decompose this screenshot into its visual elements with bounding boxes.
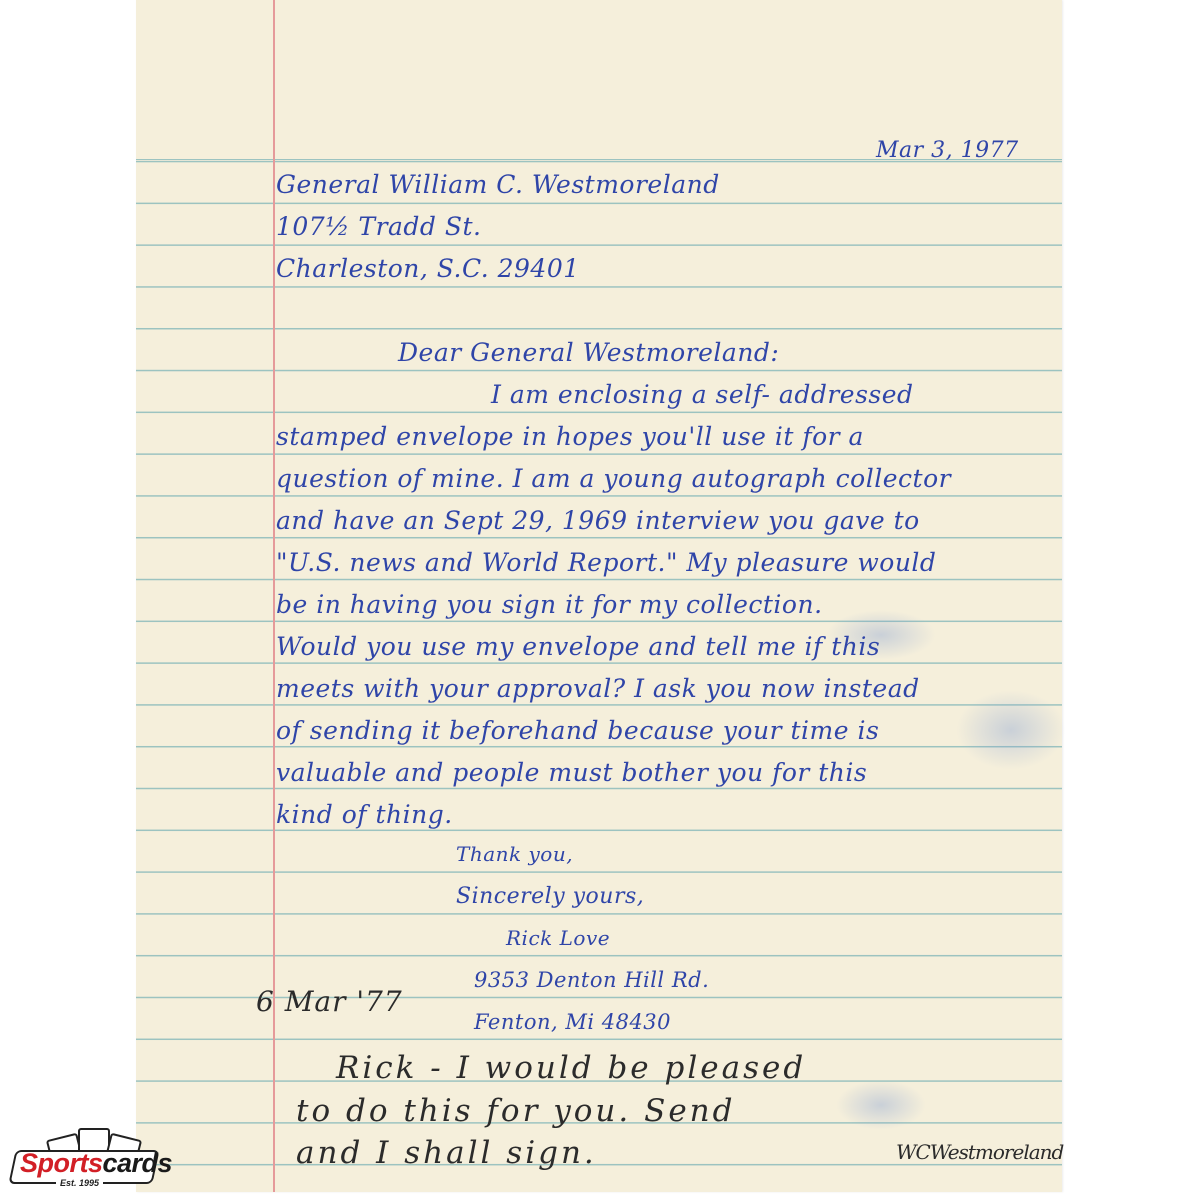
logo-established: Est. 1995 (56, 1178, 103, 1188)
sender-city: Fenton, Mi 48430 (474, 1010, 671, 1034)
body-line: and have an Sept 29, 1969 interview you … (276, 506, 920, 535)
letter-date: Mar 3, 1977 (876, 138, 1019, 163)
reply-date: 6 Mar '77 (256, 985, 403, 1018)
sender-street: 9353 Denton Hill Rd. (474, 968, 709, 992)
recipient-city: Charleston, S.C. 29401 (276, 254, 580, 283)
reply-line: Rick - I would be pleased (336, 1050, 806, 1086)
westmoreland-signature: WCWestmoreland (896, 1140, 1063, 1164)
reply-line: to do this for you. Send (296, 1093, 736, 1129)
body-line: Would you use my envelope and tell me if… (276, 632, 880, 661)
sportscards-logo: Sportscards Est. 1995 (4, 1128, 154, 1190)
closing-thanks: Thank you, (456, 842, 573, 866)
body-line: valuable and people must bother you for … (276, 758, 867, 787)
body-line: be in having you sign it for my collecti… (276, 590, 823, 619)
closing-signoff: Sincerely yours, (456, 884, 644, 909)
salutation: Dear General Westmoreland: (398, 338, 779, 367)
body-line: stamped envelope in hopes you'll use it … (276, 422, 864, 451)
recipient-name: General William C. Westmoreland (276, 170, 720, 199)
body-line: kind of thing. (276, 800, 453, 829)
paper-header-area (136, 0, 1062, 160)
sender-name: Rick Love (506, 926, 610, 950)
logo-wordmark: Sportscards (20, 1148, 172, 1179)
letter-paper: Mar 3, 1977 General William C. Westmorel… (136, 0, 1062, 1192)
body-line: "U.S. news and World Report." My pleasur… (276, 548, 936, 577)
body-line: meets with your approval? I ask you now … (276, 674, 920, 703)
body-line: of sending it beforehand because your ti… (276, 716, 879, 745)
ink-stain (836, 1080, 926, 1130)
recipient-street: 107½ Tradd St. (276, 212, 482, 241)
ink-stain (956, 690, 1066, 770)
reply-line: and I shall sign. (296, 1135, 597, 1171)
body-line: I am enclosing a self- addressed (491, 380, 914, 409)
body-line: question of mine. I am a young autograph… (276, 464, 951, 493)
